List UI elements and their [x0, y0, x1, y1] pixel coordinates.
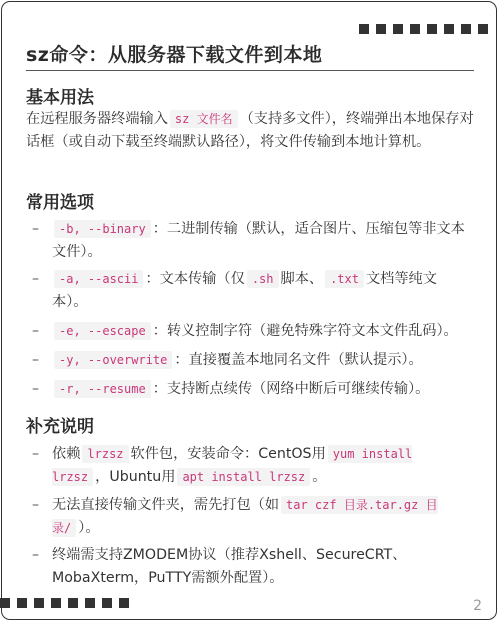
dash-bullet: –: [32, 494, 39, 517]
dash-bullet: –: [32, 320, 39, 343]
dash-bullet: –: [32, 544, 39, 567]
decorative-squares-top: [359, 24, 488, 34]
inline-code: sz 文件名: [170, 110, 238, 128]
dash-bullet: –: [32, 349, 39, 372]
text: 在远程服务器终端输入: [26, 111, 168, 127]
dash-bullet: –: [32, 443, 39, 466]
dash-bullet: –: [32, 218, 39, 241]
inline-code: -e, --escape: [54, 322, 151, 340]
inline-code: -a, --ascii: [54, 270, 143, 288]
inline-code: -b, --binary: [54, 220, 151, 238]
text: 软件包，安装命令：CentOS用: [131, 446, 326, 462]
text: 无法直接传输文件夹，需先打包（如: [52, 497, 279, 513]
list-item: – -r, --resume：支持断点续传（网络中断后可继续传输）。: [32, 378, 472, 401]
list-item: – -a, --ascii：文本传输（仅.sh脚本、.txt文档等纯文本）。: [32, 268, 472, 314]
title-divider: [26, 70, 474, 71]
text: ，Ubuntu用: [95, 469, 175, 485]
text: 依赖: [52, 446, 80, 462]
dash-bullet: –: [32, 268, 39, 291]
inline-code: .txt: [325, 270, 364, 288]
text: ：转义控制字符（避免特殊字符文本文件乱码）。: [153, 323, 458, 339]
page-title: sz命令：从服务器下载文件到本地: [26, 40, 322, 67]
text: ）。: [78, 520, 99, 536]
section-heading-basic: 基本用法: [26, 83, 94, 108]
section-heading-options: 常用选项: [26, 188, 94, 213]
dash-bullet: –: [32, 378, 39, 401]
text: 。: [312, 469, 326, 485]
text: ：支持断点续传（网络中断后可继续传输）。: [153, 381, 430, 397]
list-item: – -y, --overwrite：直接覆盖本地同名文件（默认提示）。: [32, 349, 472, 372]
inline-code: lrzsz: [82, 445, 128, 463]
inline-code: -r, --resume: [54, 380, 151, 398]
text: ：文本传输（仅: [145, 271, 244, 287]
list-item: – -e, --escape：转义控制字符（避免特殊字符文本文件乱码）。: [32, 320, 472, 343]
inline-code: apt install lrzsz: [177, 468, 310, 486]
list-item: – -b, --binary：二进制传输（默认，适合图片、压缩包等非文本文件）。: [32, 218, 472, 264]
section-heading-notes: 补充说明: [26, 412, 94, 437]
text: 终端需支持ZMODEM协议（推荐Xshell、SecureCRT、MobaXte…: [52, 547, 406, 586]
list-item: – 依赖lrzsz软件包，安装命令：CentOS用yum install lrz…: [32, 443, 472, 489]
decorative-squares-bottom: [0, 598, 129, 608]
list-item: – 终端需支持ZMODEM协议（推荐Xshell、SecureCRT、MobaX…: [32, 544, 472, 590]
list-item: – 无法直接传输文件夹，需先打包（如tar czf 目录.tar.gz 目录/）…: [32, 494, 472, 540]
page-number: 2: [473, 598, 482, 614]
inline-code: .sh: [247, 270, 279, 288]
text: ：直接覆盖本地同名文件（默认提示）。: [174, 352, 422, 368]
inline-code: -y, --overwrite: [54, 351, 172, 369]
basic-usage-paragraph: 在远程服务器终端输入sz 文件名（支持多文件），终端弹出本地保存对话框（或自动下…: [26, 108, 476, 154]
text: 脚本、: [281, 271, 324, 287]
